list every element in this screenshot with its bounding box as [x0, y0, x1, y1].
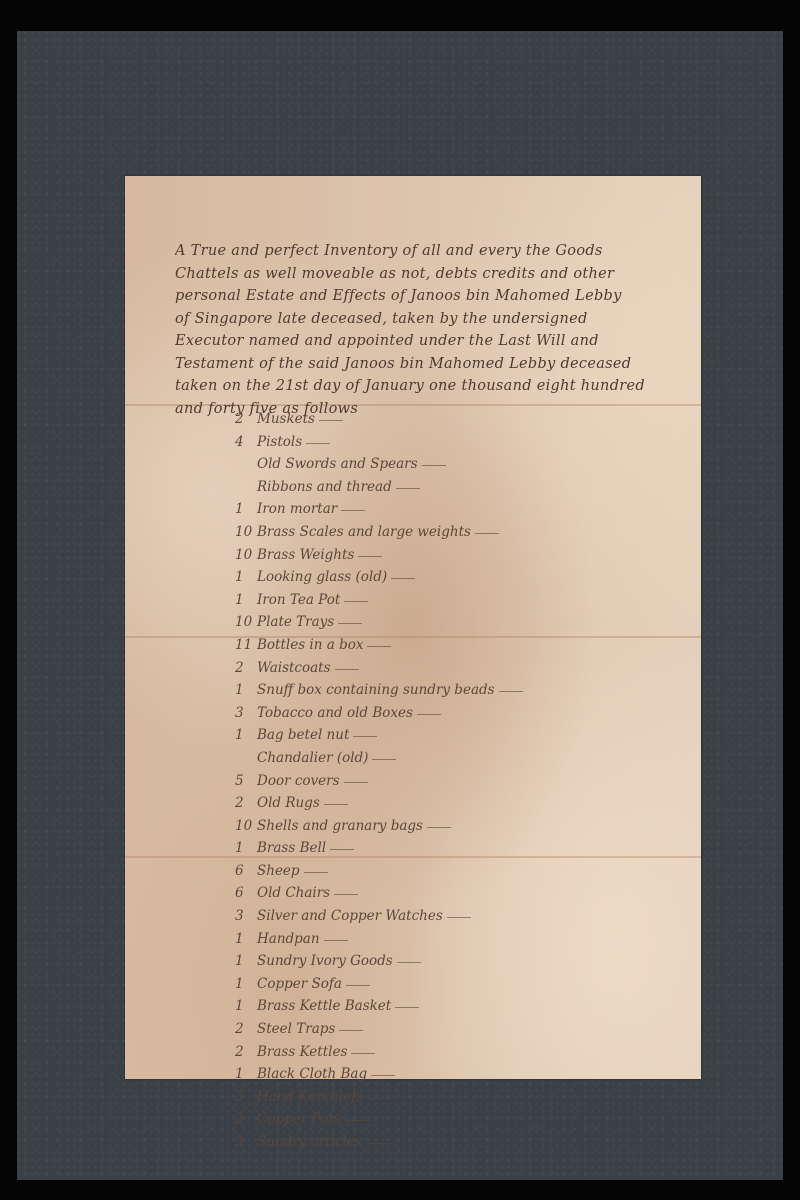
heading-line: Chattels as well moveable as not, debts …: [175, 263, 695, 286]
item-description: Brass Bell: [257, 837, 326, 860]
inventory-item: 2Steel Traps: [235, 1018, 595, 1041]
item-description: Sundry Ivory Goods: [257, 950, 393, 973]
item-quantity: 2: [235, 1108, 257, 1131]
item-description: Iron mortar: [257, 498, 337, 521]
line-dash: [396, 476, 420, 489]
line-dash: [334, 882, 358, 895]
item-quantity: 2: [235, 1018, 257, 1041]
item-quantity: 1: [235, 498, 257, 521]
item-description: Copper Sofa: [257, 973, 342, 996]
inventory-item: 1Looking glass (old): [235, 566, 595, 589]
item-quantity: 1: [235, 950, 257, 973]
inventory-item: 2Old Rugs: [235, 792, 595, 815]
item-quantity: 2: [235, 1041, 257, 1064]
item-description: Sundry articles: [257, 1131, 362, 1154]
item-quantity: 1: [235, 724, 257, 747]
inventory-item: 2Copper Pots: [235, 1108, 595, 1131]
inventory-item: 1Black Cloth Bag: [235, 1063, 595, 1086]
inventory-item: 5Door covers: [235, 770, 595, 793]
line-dash: [324, 928, 348, 941]
inventory-item: 10Brass Weights: [235, 544, 595, 567]
item-description: Door covers: [257, 770, 340, 793]
heading-line: Executor named and appointed under the L…: [175, 330, 695, 353]
item-description: Brass Kettle Basket: [257, 995, 391, 1018]
item-quantity: 2: [235, 657, 257, 680]
inventory-item: 6Sheep: [235, 860, 595, 883]
inventory-item: 1Iron mortar: [235, 498, 595, 521]
line-dash: [395, 995, 419, 1008]
item-description: Iron Tea Pot: [257, 589, 340, 612]
line-dash: [346, 973, 370, 986]
item-description: Ribbons and thread: [257, 476, 392, 499]
line-dash: [324, 792, 348, 805]
item-description: Old Swords and Spears: [257, 453, 418, 476]
inventory-item: 2Brass Kettles: [235, 1041, 595, 1064]
item-quantity: 11: [235, 634, 257, 657]
item-description: Bottles in a box: [257, 634, 363, 657]
heading-line: A True and perfect Inventory of all and …: [175, 240, 695, 263]
item-description: Black Cloth Bag: [257, 1063, 367, 1086]
item-quantity: 3: [235, 905, 257, 928]
line-dash: [499, 679, 523, 692]
item-description: Steel Traps: [257, 1018, 335, 1041]
item-quantity: [235, 747, 257, 770]
item-quantity: 5: [235, 770, 257, 793]
line-dash: [319, 408, 343, 421]
item-quantity: 1: [235, 566, 257, 589]
item-description: Brass Scales and large weights: [257, 521, 471, 544]
inventory-item: 1Snuff box containing sundry beads: [235, 679, 595, 702]
line-dash: [344, 589, 368, 602]
item-description: Brass Weights: [257, 544, 354, 567]
item-description: Shells and granary bags: [257, 815, 423, 838]
line-dash: [427, 815, 451, 828]
inventory-item: 10Brass Scales and large weights: [235, 521, 595, 544]
item-quantity: 6: [235, 882, 257, 905]
line-dash: [304, 860, 328, 873]
item-description: Snuff box containing sundry beads: [257, 679, 495, 702]
inventory-item: 1Bag betel nut: [235, 724, 595, 747]
item-description: Muskets: [257, 408, 315, 431]
inventory-item: 3Hand Kerchiefs: [235, 1086, 595, 1109]
heading-line: Testament of the said Janoos bin Mahomed…: [175, 353, 695, 376]
heading-line: taken on the 21st day of January one tho…: [175, 375, 695, 398]
item-description: Old Chairs: [257, 882, 330, 905]
line-dash: [367, 634, 391, 647]
inventory-item: 1Iron Tea Pot: [235, 589, 595, 612]
item-description: Looking glass (old): [257, 566, 387, 589]
item-quantity: 10: [235, 611, 257, 634]
inventory-list: 2Muskets4PistolsOld Swords and SpearsRib…: [235, 408, 595, 1154]
item-quantity: 1: [235, 837, 257, 860]
item-quantity: 10: [235, 521, 257, 544]
heading-line: of Singapore late deceased, taken by the…: [175, 308, 695, 331]
line-dash: [344, 770, 368, 783]
item-description: Handpan: [257, 928, 320, 951]
line-dash: [351, 1041, 375, 1054]
line-dash: [391, 566, 415, 579]
item-description: Waistcoats: [257, 657, 331, 680]
mounting-mat: A True and perfect Inventory of all and …: [17, 31, 783, 1180]
inventory-item: 6Old Chairs: [235, 882, 595, 905]
document-heading: A True and perfect Inventory of all and …: [175, 240, 695, 420]
line-dash: [358, 544, 382, 557]
item-description: Hand Kerchiefs: [257, 1086, 363, 1109]
line-dash: [422, 453, 446, 466]
line-dash: [335, 657, 359, 670]
line-dash: [366, 1131, 390, 1144]
inventory-item: 1Brass Bell: [235, 837, 595, 860]
inventory-item: 1Sundry Ivory Goods: [235, 950, 595, 973]
line-dash: [367, 1086, 391, 1099]
heading-line: personal Estate and Effects of Janoos bi…: [175, 285, 695, 308]
item-quantity: 3: [235, 1131, 257, 1154]
line-dash: [371, 1063, 395, 1076]
item-quantity: 10: [235, 815, 257, 838]
item-quantity: 2: [235, 408, 257, 431]
item-description: Chandalier (old): [257, 747, 368, 770]
line-dash: [447, 905, 471, 918]
item-description: Sheep: [257, 860, 300, 883]
item-description: Old Rugs: [257, 792, 320, 815]
inventory-item: 11Bottles in a box: [235, 634, 595, 657]
item-quantity: 4: [235, 431, 257, 454]
inventory-item: 1Brass Kettle Basket: [235, 995, 595, 1018]
item-quantity: [235, 476, 257, 499]
inventory-item: 10Shells and granary bags: [235, 815, 595, 838]
inventory-item: 1Copper Sofa: [235, 973, 595, 996]
item-description: Tobacco and old Boxes: [257, 702, 413, 725]
item-description: Brass Kettles: [257, 1041, 347, 1064]
inventory-item: 2Muskets: [235, 408, 595, 431]
item-quantity: 6: [235, 860, 257, 883]
item-quantity: 3: [235, 1086, 257, 1109]
inventory-document: A True and perfect Inventory of all and …: [125, 176, 701, 1079]
inventory-item: 3Tobacco and old Boxes: [235, 702, 595, 725]
line-dash: [475, 521, 499, 534]
item-quantity: 2: [235, 792, 257, 815]
inventory-item: 10Plate Trays: [235, 611, 595, 634]
inventory-item: 1Handpan: [235, 928, 595, 951]
line-dash: [397, 950, 421, 963]
item-quantity: 3: [235, 702, 257, 725]
item-quantity: 1: [235, 928, 257, 951]
line-dash: [339, 1018, 363, 1031]
item-quantity: 1: [235, 679, 257, 702]
line-dash: [345, 1108, 369, 1121]
item-quantity: 1: [235, 1063, 257, 1086]
item-description: Pistols: [257, 431, 302, 454]
item-description: Bag betel nut: [257, 724, 349, 747]
item-quantity: 1: [235, 589, 257, 612]
inventory-item: 2Waistcoats: [235, 657, 595, 680]
item-description: Copper Pots: [257, 1108, 341, 1131]
item-quantity: [235, 453, 257, 476]
line-dash: [306, 431, 330, 444]
line-dash: [341, 498, 365, 511]
line-dash: [338, 611, 362, 624]
line-dash: [417, 702, 441, 715]
line-dash: [330, 837, 354, 850]
item-quantity: 1: [235, 995, 257, 1018]
inventory-item: Chandalier (old): [235, 747, 595, 770]
inventory-item: 3Silver and Copper Watches: [235, 905, 595, 928]
inventory-item: Ribbons and thread: [235, 476, 595, 499]
item-quantity: 10: [235, 544, 257, 567]
item-quantity: 1: [235, 973, 257, 996]
line-dash: [372, 747, 396, 760]
inventory-item: Old Swords and Spears: [235, 453, 595, 476]
inventory-item: 4Pistols: [235, 431, 595, 454]
item-description: Plate Trays: [257, 611, 334, 634]
line-dash: [353, 724, 377, 737]
inventory-item: 3Sundry articles: [235, 1131, 595, 1154]
item-description: Silver and Copper Watches: [257, 905, 443, 928]
